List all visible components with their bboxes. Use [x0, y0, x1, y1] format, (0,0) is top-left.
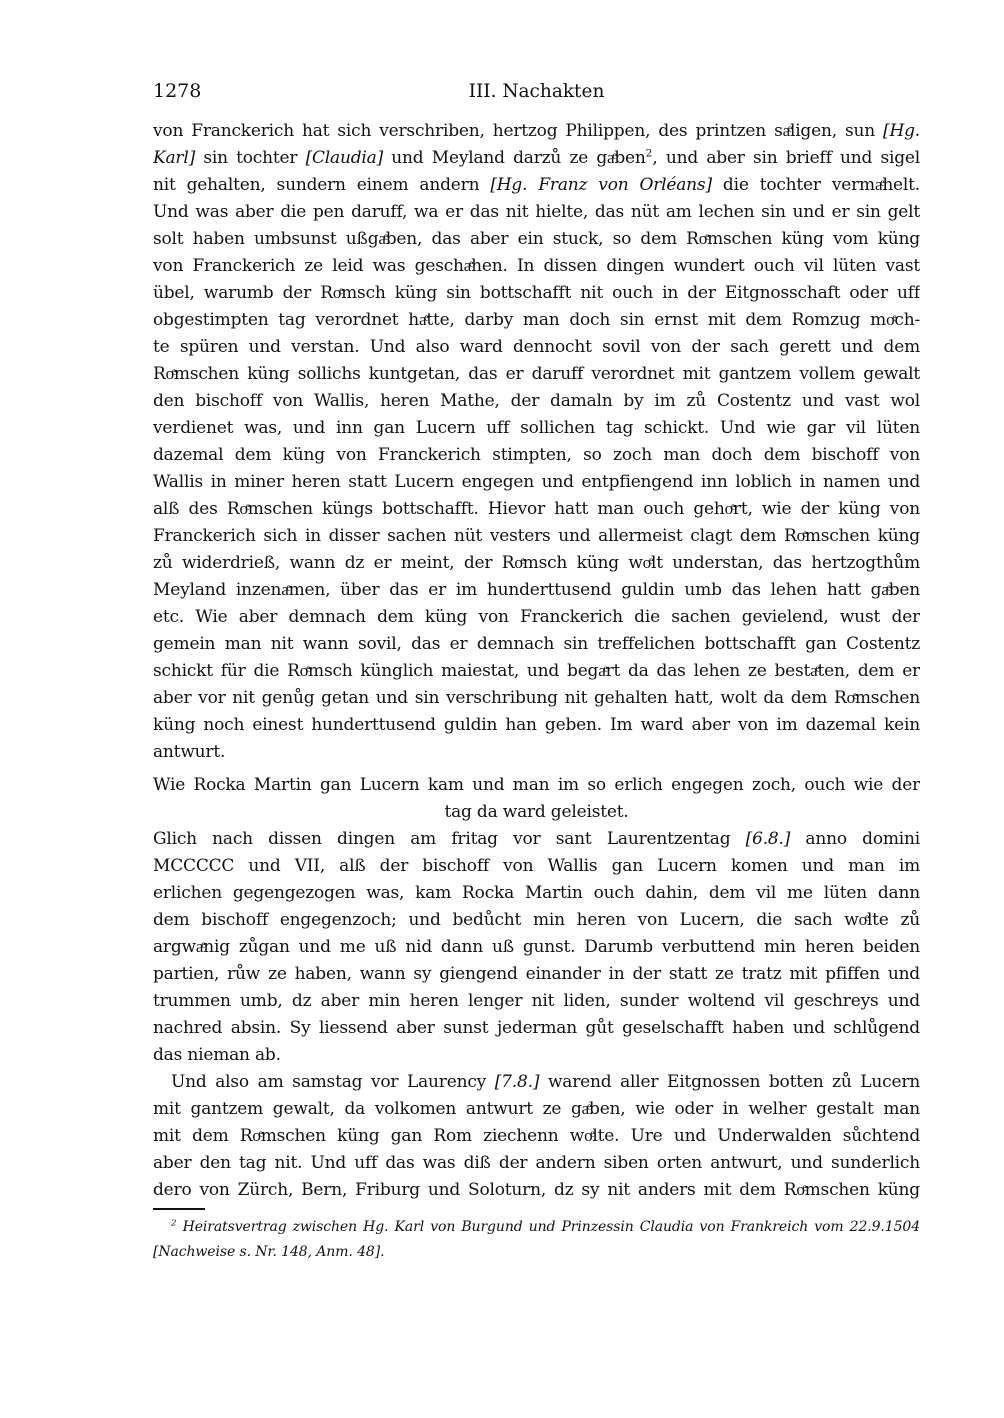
text-line: das nieman ab. [153, 1042, 920, 1069]
text-line: erlichen gegengezogen was, kam Rocka Mar… [153, 880, 920, 907]
text-line: zů widerdrieß, wann dz er meint, der Roͤ… [153, 550, 920, 577]
text-line: schickt für die Roͤmsch künglich maiesta… [153, 658, 920, 685]
text-line: antwurt. [153, 739, 920, 766]
text-line: Und also am samstag vor Laurency [7.8.] … [153, 1069, 920, 1096]
text-line: verdienet was, und inn gan Lucern uff so… [153, 415, 920, 442]
footnote-rule [153, 1208, 205, 1210]
text-line: den bischoff von Wallis, heren Mathe, de… [153, 388, 920, 415]
page-number: 1278 [153, 78, 201, 105]
text-line: solt haben umbsunst ußgaͤben, das aber e… [153, 226, 920, 253]
text-line: te spüren und verstan. Und also ward den… [153, 334, 920, 361]
text-line: nit gehalten, sundern einem andern [Hg. … [153, 172, 920, 199]
text-line: tag da ward geleistet. [153, 799, 920, 826]
text-line: argwaͤnig zůgan und me uß nid dann uß gu… [153, 934, 920, 961]
text-line: trummen umb, dz aber min heren lenger ni… [153, 988, 920, 1015]
text-line: aber den tag nit. Und uff das was diß de… [153, 1150, 920, 1177]
text-line: Karl] sin tochter [Claudia] und Meyland … [153, 145, 920, 172]
text-line: 2 Heiratsvertrag zwischen Hg. Karl von B… [153, 1215, 920, 1240]
text-line: aber vor nit genůg getan und sin verschr… [153, 685, 920, 712]
footnote: 2 Heiratsvertrag zwischen Hg. Karl von B… [153, 1208, 920, 1265]
text-line: übel, warumb der Roͤmsch küng sin bottsc… [153, 280, 920, 307]
text-line: von Franckerich ze leid was geschaͤhen. … [153, 253, 920, 280]
text-line: gemein man nit wann sovil, das er demnac… [153, 631, 920, 658]
paragraph: Glich nach dissen dingen am fritag vor s… [153, 826, 920, 1069]
text-line: nachred absin. Sy liessend aber sunst je… [153, 1015, 920, 1042]
text-line: Wie Rocka Martin gan Lucern kam und man … [153, 772, 920, 799]
text-line: partien, růw ze haben, wann sy giengend … [153, 961, 920, 988]
text-line: dero von Zürch, Bern, Friburg und Solotu… [153, 1177, 920, 1204]
text-line: MCCCCC und VII, alß der bischoff von Wal… [153, 853, 920, 880]
paragraph: Und also am samstag vor Laurency [7.8.] … [153, 1069, 920, 1204]
page-header: 1278 III. Nachakten [153, 78, 920, 105]
text-line: Franckerich sich in disser sachen nüt ve… [153, 523, 920, 550]
text-line: Meyland inzenaͤmen, über das er im hunde… [153, 577, 920, 604]
text-line: [Nachweise s. Nr. 148, Anm. 48]. [153, 1240, 920, 1265]
paragraph: von Franckerich hat sich verschriben, he… [153, 118, 920, 766]
text-line: dem bischoff engegenzoch; und bedůcht mi… [153, 907, 920, 934]
page: 1278 III. Nachakten von Franckerich hat … [0, 0, 1004, 1418]
text-line: Glich nach dissen dingen am fritag vor s… [153, 826, 920, 853]
text-content: von Franckerich hat sich verschriben, he… [153, 118, 920, 1265]
text-line: dazemal dem küng von Franckerich stimpte… [153, 442, 920, 469]
running-title: III. Nachakten [153, 78, 920, 105]
section-heading: Wie Rocka Martin gan Lucern kam und man … [153, 772, 920, 826]
text-line: Wallis in miner heren statt Lucern engeg… [153, 469, 920, 496]
text-line: mit gantzem gewalt, da volkomen antwurt … [153, 1096, 920, 1123]
text-line: obgestimpten tag verordnet haͤtte, darby… [153, 307, 920, 334]
text-line: mit dem Roͤmschen küng gan Rom ziechenn … [153, 1123, 920, 1150]
text-line: Und was aber die pen daruff, wa er das n… [153, 199, 920, 226]
text-line: von Franckerich hat sich verschriben, he… [153, 118, 920, 145]
text-line: Roͤmschen küng sollichs kuntgetan, das e… [153, 361, 920, 388]
text-line: alß des Roͤmschen küngs bottschafft. Hie… [153, 496, 920, 523]
text-line: küng noch einest hunderttusend guldin ha… [153, 712, 920, 739]
text-line: etc. Wie aber demnach dem küng von Franc… [153, 604, 920, 631]
